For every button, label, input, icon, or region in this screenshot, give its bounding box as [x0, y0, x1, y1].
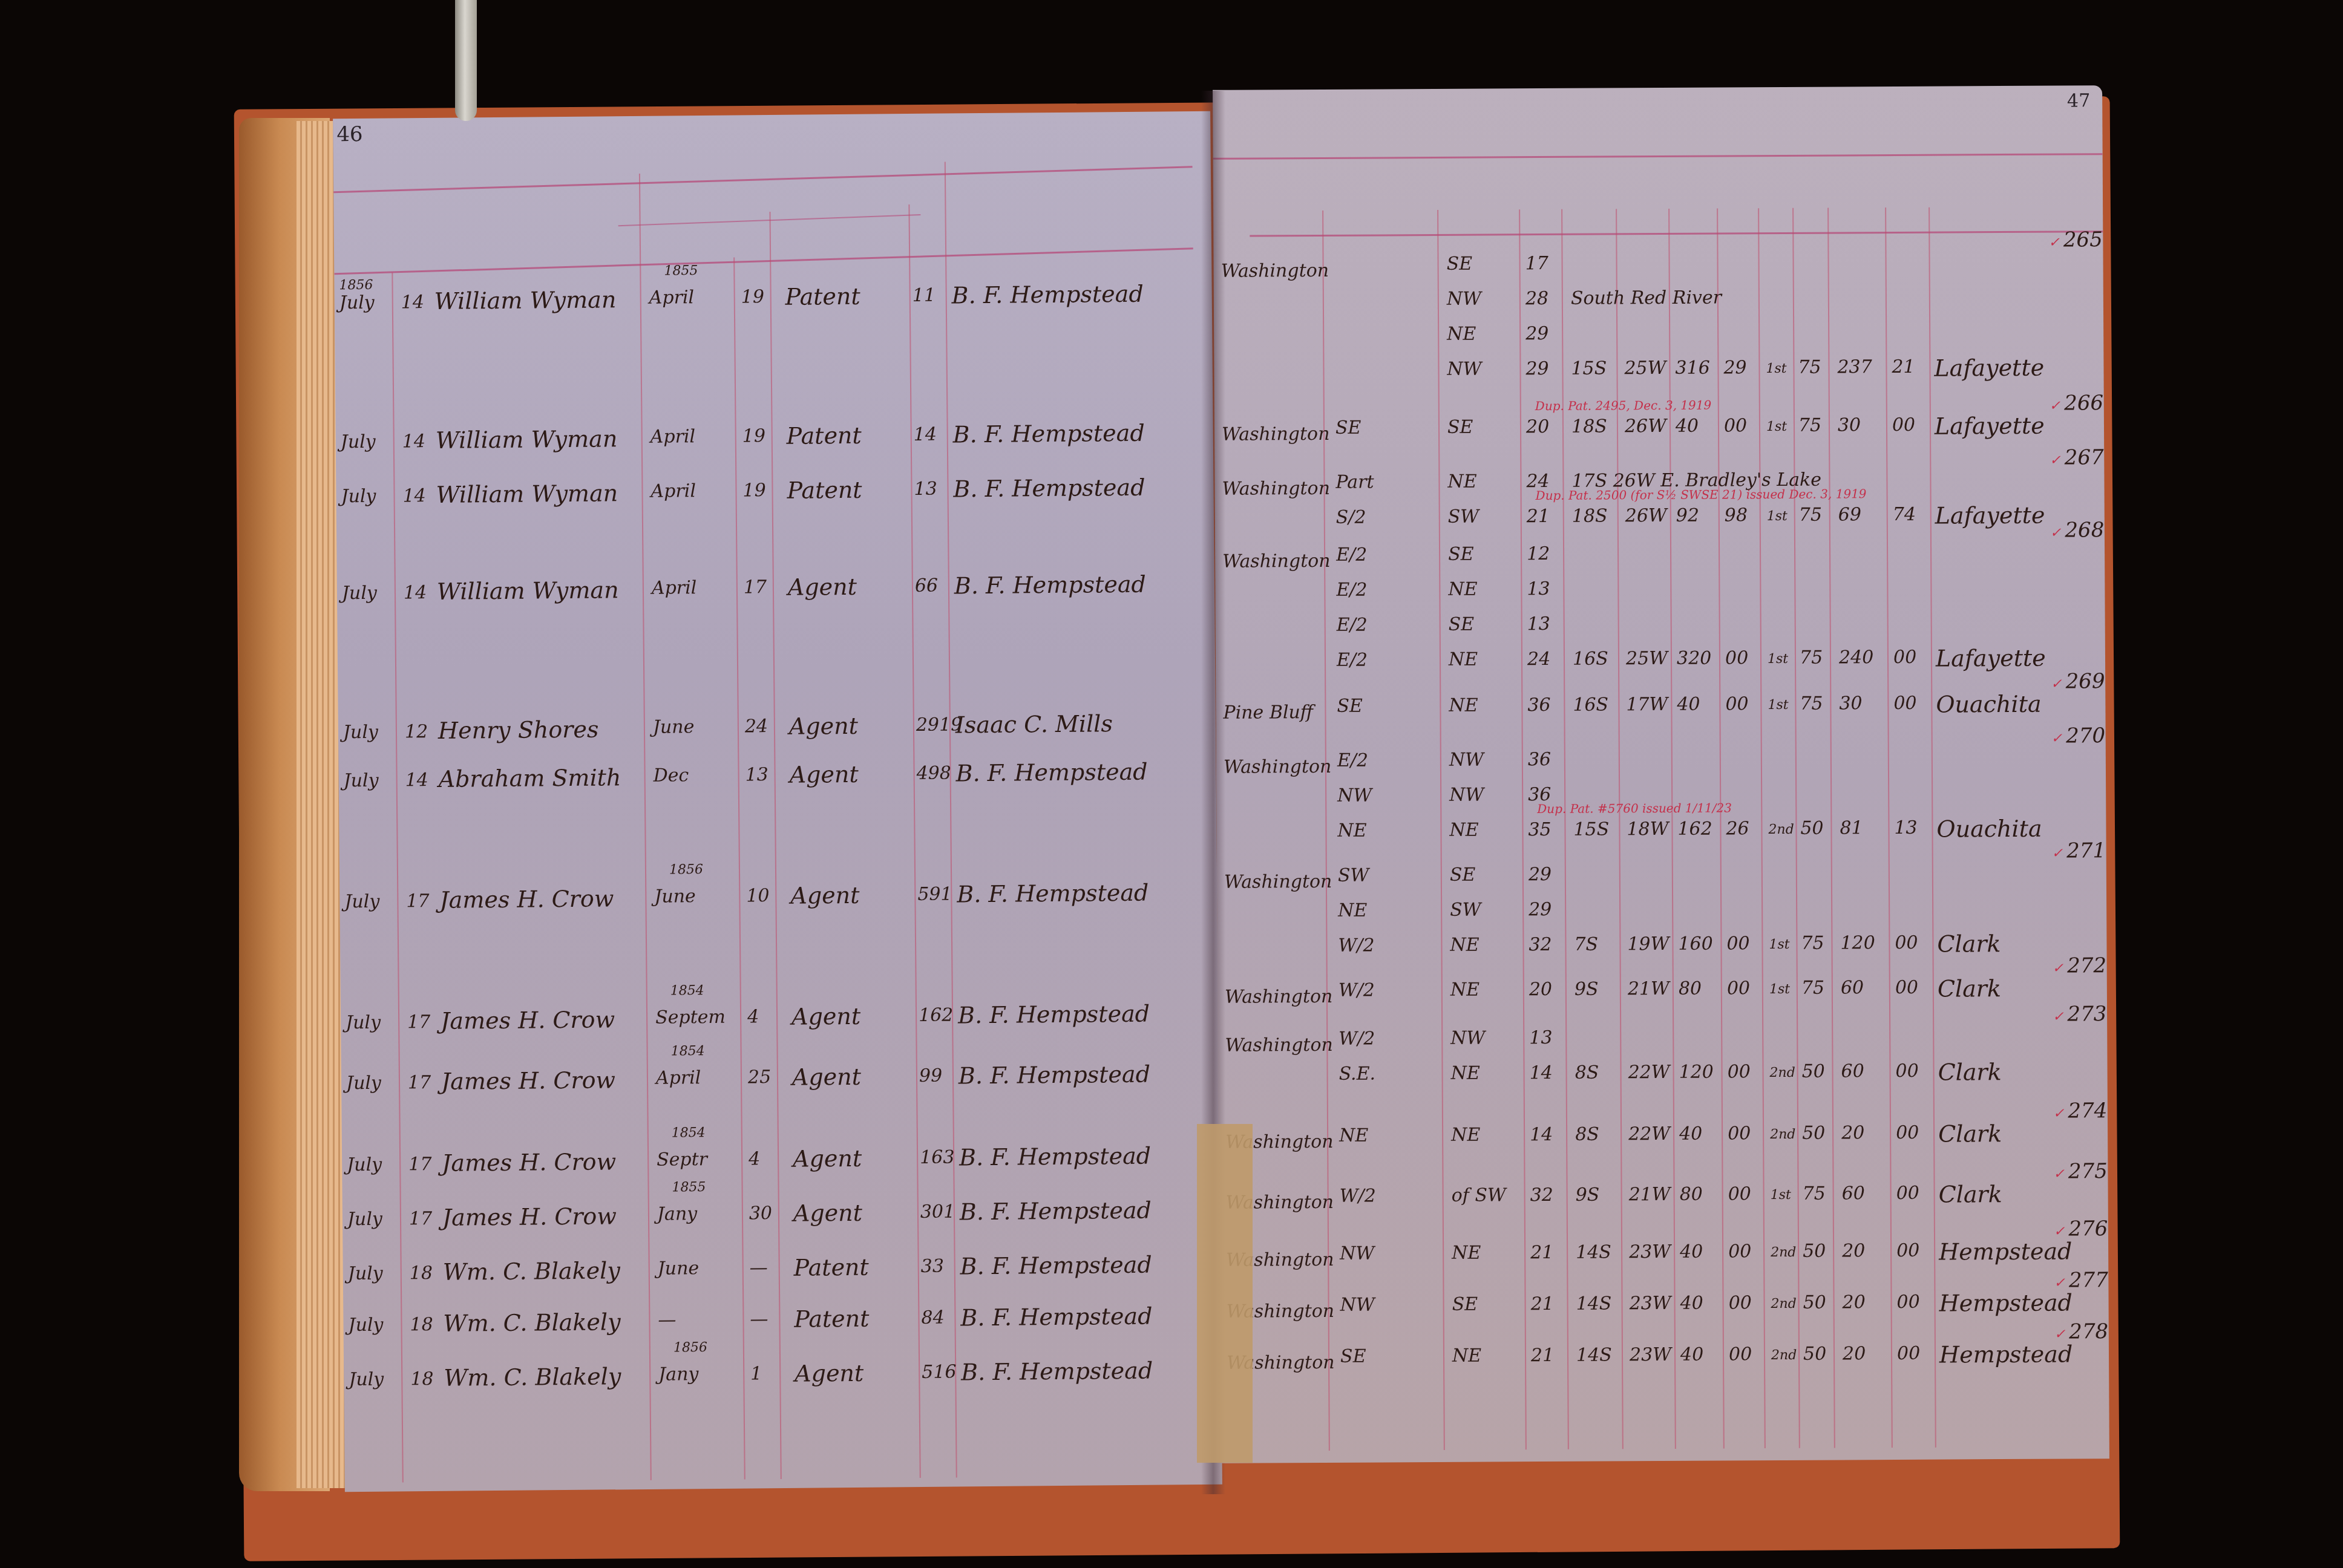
ledger-row-detail: Washington✓276NWNE2114S23W40002nd502000H…	[1219, 1241, 2108, 1282]
acres-fraction: 29	[1723, 359, 1746, 377]
quarter: SE	[1447, 255, 1473, 273]
land-office: Washington	[1225, 988, 1333, 1007]
subdivision-part: NW	[1340, 1244, 1374, 1263]
township: 14S	[1576, 1243, 1611, 1261]
acres-fraction: 00	[1728, 1185, 1751, 1203]
index-number-value: 276	[2068, 1217, 2108, 1241]
certificate-number: 516	[922, 1363, 957, 1381]
subdivision-part: S.E.	[1339, 1065, 1376, 1083]
ledger-row-detail: Washington✓266Dup. Pat. 2495, Dec. 3, 19…	[1214, 415, 2104, 456]
rate-cents: 75	[1799, 506, 1822, 524]
entry-month: July	[348, 1316, 383, 1335]
section: 28	[1525, 290, 1548, 308]
amount-cents: 00	[1892, 416, 1915, 434]
range: 26W	[1625, 417, 1666, 436]
range: 19W	[1627, 935, 1669, 953]
agent-name: B. F. Hempstead	[954, 573, 1146, 598]
township: 16S	[1573, 650, 1608, 668]
acres-fraction: 00	[1728, 1063, 1751, 1081]
agent-name: B. F. Hempstead	[960, 1253, 1152, 1278]
original-entry-month: Septr	[657, 1151, 707, 1169]
quarter: NE	[1449, 651, 1478, 669]
acres-fraction: 00	[1728, 1125, 1751, 1143]
certificate-number: 162	[919, 1006, 954, 1024]
section: 35	[1528, 821, 1551, 839]
acres-fraction: 00	[1729, 1294, 1752, 1312]
land-office: Washington	[1224, 758, 1332, 777]
left-page-number: 46	[336, 122, 363, 146]
original-entry-month: April	[649, 289, 695, 307]
amount-cents: 00	[1897, 1345, 1920, 1363]
check-mark-icon: ✓	[2054, 1276, 2065, 1291]
quarter: NE	[1447, 473, 1476, 491]
amount-cents: 00	[1896, 1184, 1919, 1203]
quarter: SE	[1449, 616, 1475, 634]
acres-fraction: 00	[1724, 417, 1747, 435]
range: 22W	[1628, 1063, 1670, 1082]
entry-month: July	[344, 893, 379, 912]
rate-cents: 75	[1801, 935, 1824, 953]
quarter: NE	[1450, 936, 1479, 955]
quarter: SE	[1452, 1296, 1478, 1314]
entrant-name: Abraham Smith	[438, 766, 621, 791]
entry-day: 18	[410, 1316, 433, 1334]
original-entry-day: 13	[745, 766, 768, 784]
subdivision-part: SE	[1337, 697, 1363, 716]
original-entry-day: 19	[742, 427, 765, 445]
certificate-type: Patent	[794, 1256, 869, 1279]
paper-repair-strip	[1197, 1124, 1253, 1463]
index-number: ✓271	[2052, 838, 2106, 863]
subdivision-part: W/2	[1340, 1187, 1376, 1205]
quarter: SE	[1447, 419, 1473, 437]
section: 24	[1527, 650, 1550, 668]
quarter: NE	[1452, 1347, 1481, 1365]
entry-month: July	[347, 1156, 382, 1175]
quarter: NW	[1449, 786, 1484, 805]
county: Clark	[1939, 1183, 2002, 1206]
certificate-type: Agent	[789, 763, 858, 786]
entry-month: July	[346, 1074, 381, 1093]
township: 18S	[1572, 507, 1608, 525]
entrant-name: Wm. C. Blakely	[444, 1365, 621, 1390]
index-number: ✓268	[2050, 518, 2105, 542]
quarter: NE	[1451, 1065, 1480, 1083]
amount-dollars: 20	[1842, 1293, 1865, 1312]
entrant-name: William Wyman	[434, 288, 617, 313]
amount-cents: 00	[1896, 1293, 1919, 1312]
certificate-number: 11	[913, 287, 936, 305]
amount-cents: 00	[1893, 648, 1916, 667]
acres: 160	[1678, 935, 1712, 953]
ledger-row: July14William WymanApril19Patent13B. F. …	[336, 474, 1213, 518]
range: 21W	[1629, 1186, 1671, 1204]
section: 29	[1529, 901, 1552, 919]
original-entry-day: 24	[745, 717, 768, 736]
land-office: Washington	[1221, 262, 1329, 281]
acres: 40	[1680, 1243, 1703, 1261]
acres-fraction: 00	[1727, 979, 1750, 998]
header-rule-bottom	[334, 247, 1193, 275]
entry-month: July	[348, 1265, 383, 1284]
original-entry-day: 4	[747, 1008, 759, 1026]
rate-cents: 50	[1803, 1345, 1826, 1364]
subdivision-part: S/2	[1336, 509, 1366, 527]
quarter: SE	[1450, 866, 1476, 884]
rate-cents: 75	[1800, 695, 1823, 713]
acres: 320	[1677, 650, 1711, 668]
entrant-name: James H. Crow	[441, 1008, 615, 1033]
ledger-row: July17James H. Crow1856June10Agent591B. …	[339, 880, 1217, 924]
entry-year: 1855	[672, 1181, 706, 1194]
index-number: ✓270	[2051, 724, 2106, 748]
section: 36	[1528, 751, 1551, 769]
section: 21	[1530, 1244, 1553, 1262]
amount-cents: 00	[1896, 1124, 1919, 1142]
county: Clark	[1938, 977, 2001, 1001]
original-entry-month: June	[653, 718, 695, 737]
check-mark-icon: ✓	[2054, 1224, 2065, 1240]
section: 36	[1527, 696, 1550, 714]
township: 15S	[1571, 359, 1607, 377]
certificate-type: Agent	[793, 1201, 862, 1225]
section: 24	[1526, 472, 1549, 491]
header-rule-top	[1213, 153, 2103, 160]
section: 32	[1530, 1186, 1553, 1204]
entry-month: July	[349, 1371, 384, 1390]
ledger-row: July17James H. Crow1854Septr4Agent163B. …	[342, 1143, 1219, 1187]
range: 23W	[1629, 1243, 1671, 1261]
original-entry-month: June	[658, 1259, 700, 1278]
ledger-row-detail: Washington✓265SE17NW28South Red RiverNE2…	[1214, 252, 2103, 293]
entry-day: 18	[410, 1264, 433, 1282]
entrant-name: James H. Crow	[441, 1068, 615, 1093]
county: Hempstead	[1939, 1291, 2072, 1315]
quarter: NW	[1449, 751, 1484, 769]
township: 8S	[1575, 1126, 1599, 1144]
entrant-name: Wm. C. Blakely	[443, 1259, 620, 1284]
subdivision-part: W/2	[1339, 1030, 1375, 1048]
location-note: South Red River	[1571, 289, 1722, 307]
index-number-value: 269	[2066, 669, 2105, 693]
quarter: of SW	[1452, 1186, 1506, 1204]
amount-dollars: 81	[1840, 819, 1863, 837]
amount-dollars: 30	[1838, 416, 1861, 434]
range: 17W	[1626, 696, 1668, 714]
check-mark-icon: ✓	[2050, 453, 2061, 468]
section: 29	[1525, 360, 1548, 378]
check-mark-icon: ✓	[2053, 1010, 2064, 1025]
ledger-row: July14William Wyman1855April19Patent11B.…	[335, 281, 1212, 325]
original-entry-day: —	[750, 1310, 768, 1328]
rate-class: 2nd	[1771, 1349, 1797, 1362]
entrant-name: Wm. C. Blakely	[443, 1310, 620, 1335]
entry-day: 17	[407, 1013, 430, 1031]
entry-day: 17	[409, 1210, 432, 1228]
acres-fraction: 26	[1726, 820, 1749, 838]
section: 14	[1530, 1064, 1553, 1082]
subdivision-part: W/2	[1339, 981, 1375, 999]
index-number: ✓275	[2053, 1159, 2108, 1183]
land-office: Washington	[1225, 1036, 1333, 1055]
certificate-number: 13	[914, 480, 937, 498]
check-mark-icon: ✓	[2050, 399, 2061, 414]
entry-month: July	[344, 772, 379, 791]
original-entry-month: Jany	[658, 1365, 698, 1384]
quarter: SW	[1450, 901, 1481, 920]
certificate-type: Patent	[787, 424, 862, 448]
amount-dollars: 120	[1840, 934, 1875, 952]
quarter: SW	[1448, 508, 1480, 526]
red-annotation: Dup. Pat. #5760 issued 1/11/23	[1537, 802, 1732, 815]
original-entry-month: Septem	[655, 1008, 726, 1027]
acres-fraction: 00	[1728, 1243, 1751, 1261]
entry-day: 17	[408, 1155, 431, 1174]
amount-cents: 21	[1892, 358, 1915, 376]
range: 26W	[1625, 507, 1667, 525]
ledger-row: July18Wm. C. BlakelyJune—Patent33B. F. H…	[343, 1252, 1221, 1296]
index-number-value: 270	[2066, 724, 2105, 748]
entry-year: 1854	[671, 1045, 705, 1058]
acres: 162	[1677, 820, 1712, 838]
ledger-row-detail: Washington✓270Dup. Pat. #5760 issued 1/1…	[1216, 748, 2106, 789]
ledger-row-detail: Pine Bluff✓269SENE3616S17W40001st753000O…	[1216, 693, 2105, 734]
entry-month: July	[339, 294, 375, 313]
rate-class: 1st	[1771, 1189, 1791, 1202]
township: 18S	[1571, 417, 1607, 436]
right-page: 47 Washington✓265SE17NW28South Red River…	[1213, 85, 2109, 1463]
ledger-row: July14William WymanApril19Patent14B. F. …	[336, 420, 1213, 464]
ledger-row: July14Abraham SmithDec13Agent498B. F. He…	[338, 759, 1216, 803]
original-entry-day: —	[750, 1259, 768, 1277]
agent-name: B. F. Hempstead	[958, 1063, 1150, 1088]
index-number: ✓269	[2051, 669, 2105, 693]
subdivision-part: W/2	[1338, 936, 1374, 955]
land-office: Washington	[1224, 873, 1332, 892]
ledger-row: July17James H. Crow1854April25Agent99B. …	[341, 1061, 1219, 1105]
rate-class: 1st	[1766, 362, 1786, 376]
acres-fraction: 00	[1726, 935, 1749, 953]
certificate-number: 163	[920, 1148, 955, 1166]
entrant-name: Henry Shores	[438, 718, 599, 742]
ledger-row-detail: Washington✓273W/2NW13S.E.NE148S22W120002…	[1217, 1026, 2107, 1067]
entrant-name: James H. Crow	[439, 887, 614, 912]
certificate-number: 591	[917, 885, 952, 903]
rate-class: 2nd	[1770, 1128, 1795, 1142]
original-entry-day: 10	[746, 887, 769, 905]
ledger-row-detail: Washington✓271SWSE29NESW29W/2NE327S19W16…	[1217, 863, 2106, 904]
agent-name: B. F. Hempstead	[958, 1002, 1150, 1027]
entry-month: July	[346, 1014, 381, 1033]
original-entry-month: April	[656, 1069, 701, 1088]
section: 20	[1526, 418, 1549, 436]
rate-class: 1st	[1768, 653, 1788, 666]
rate-cents: 50	[1801, 1063, 1824, 1081]
range: 21W	[1628, 980, 1670, 998]
land-office: Washington	[1222, 480, 1330, 498]
acres-fraction: 00	[1725, 695, 1748, 713]
rate-class: 1st	[1766, 420, 1787, 434]
amount-cents: 00	[1895, 979, 1918, 997]
original-entry-day: 25	[748, 1068, 771, 1086]
ledger-row: July17James H. Crow1855Jany30Agent301B. …	[342, 1197, 1220, 1241]
amount-dollars: 237	[1837, 358, 1872, 376]
county: Lafayette	[1936, 647, 2046, 670]
certificate-type: Patent	[794, 1307, 869, 1331]
subdivision-part: SE	[1335, 419, 1362, 437]
range: 25W	[1626, 650, 1668, 668]
check-mark-icon: ✓	[2053, 1167, 2065, 1182]
section: 29	[1525, 325, 1548, 343]
amount-dollars: 20	[1843, 1345, 1866, 1363]
entry-day: 14	[404, 584, 427, 602]
entry-year: 1855	[664, 264, 698, 278]
subdivision-part: E/2	[1337, 652, 1368, 670]
original-entry-month: April	[650, 428, 696, 446]
entrant-name: James H. Crow	[442, 1150, 616, 1175]
certificate-number: 498	[916, 764, 951, 782]
amount-dollars: 240	[1839, 648, 1873, 667]
quarter: NE	[1449, 697, 1478, 715]
certificate-number: 99	[919, 1067, 942, 1085]
township: 7S	[1574, 936, 1598, 954]
agent-name: B. F. Hempstead	[953, 422, 1145, 446]
original-entry-day: 4	[749, 1150, 760, 1168]
index-number-value: 273	[2067, 1002, 2106, 1026]
acres: 92	[1676, 507, 1699, 525]
subdivision-part: NE	[1338, 902, 1367, 920]
entry-month: July	[342, 584, 377, 603]
subdivision-part: Part	[1335, 473, 1374, 491]
ledger-row-detail: Washington✓277NWSE2114S23W40002nd502000H…	[1219, 1292, 2109, 1333]
township: 14S	[1576, 1346, 1612, 1364]
certificate-number: 301	[920, 1203, 955, 1221]
county: Ouachita	[1936, 817, 2042, 841]
entrant-name: William Wyman	[437, 578, 619, 603]
agent-name: Isaac C. Mills	[955, 712, 1113, 736]
rate-class: 2nd	[1770, 1067, 1795, 1080]
ledger-row-detail: Washington✓278SENE2114S23W40002nd502000H…	[1219, 1344, 2109, 1385]
ledger-row-detail: Washington✓275W/2of SW329S21W80001st7560…	[1219, 1183, 2108, 1224]
section: 21	[1527, 508, 1550, 526]
subdivision-part: NW	[1337, 787, 1372, 805]
certificate-number: 84	[921, 1309, 944, 1327]
check-mark-icon: ✓	[2051, 731, 2063, 746]
ledger-row-detail: Washington✓267Dup. Pat. 2500 (for S½ SWS…	[1214, 469, 2104, 511]
header-rule-top	[333, 166, 1192, 193]
check-mark-icon: ✓	[2053, 1106, 2065, 1122]
check-mark-icon: ✓	[2053, 961, 2064, 976]
amount-dollars: 30	[1839, 694, 1862, 713]
rate-cents: 50	[1802, 1125, 1825, 1143]
certificate-type: Agent	[793, 1147, 862, 1171]
original-entry-day: 30	[749, 1204, 772, 1223]
original-entry-month: Dec	[653, 766, 689, 785]
county: Clark	[1938, 1060, 2001, 1084]
land-office: Washington	[1222, 552, 1331, 571]
rate-class: 2nd	[1771, 1298, 1797, 1311]
red-annotation: Dup. Pat. 2495, Dec. 3, 1919	[1535, 399, 1712, 413]
ledger-row: July14William WymanApril17Agent66B. F. H…	[337, 571, 1214, 615]
entry-day: 18	[410, 1370, 433, 1388]
section: 21	[1531, 1347, 1554, 1365]
quarter: NE	[1447, 325, 1476, 344]
rate-cents: 75	[1798, 417, 1821, 435]
county: Lafayette	[1934, 356, 2044, 380]
index-number-value: 272	[2067, 953, 2106, 978]
entry-month: July	[347, 1210, 382, 1229]
subdivision-part: E/2	[1336, 546, 1367, 564]
section: 13	[1527, 580, 1550, 598]
subdivision-part: NE	[1339, 1127, 1368, 1145]
original-entry-month: June	[654, 887, 696, 906]
quarter: NW	[1447, 361, 1481, 379]
original-entry-month: April	[650, 482, 696, 501]
section: 17	[1525, 255, 1548, 273]
subdivision-part: NW	[1340, 1296, 1375, 1314]
acres: 40	[1679, 1125, 1702, 1143]
index-number: ✓274	[2053, 1099, 2108, 1123]
agent-name: B. F. Hempstead	[961, 1359, 1153, 1384]
ledger-row: July18Wm. C. Blakely1856Jany1Agent516B. …	[344, 1357, 1221, 1402]
index-number-value: 274	[2068, 1099, 2107, 1123]
index-number: ✓265	[2048, 227, 2103, 252]
subdivision-part: E/2	[1337, 616, 1368, 635]
acres: 120	[1679, 1063, 1714, 1082]
acres: 40	[1680, 1295, 1703, 1313]
entry-day: 14	[401, 293, 424, 312]
county: Ouachita	[1936, 693, 2041, 716]
original-entry-month: April	[652, 579, 697, 598]
entry-day: 17	[406, 892, 429, 910]
township: 16S	[1573, 696, 1608, 714]
certificate-type: Patent	[787, 479, 862, 502]
certificate-number: 14	[914, 426, 937, 444]
certificate-type: Agent	[789, 714, 858, 738]
subdivision-part: SE	[1340, 1348, 1366, 1366]
rate-class: 2nd	[1771, 1246, 1796, 1259]
certificate-type: Agent	[791, 1005, 860, 1028]
entry-month: July	[341, 433, 376, 452]
index-number: ✓278	[2054, 1319, 2109, 1344]
range: 25W	[1624, 359, 1666, 377]
township: 15S	[1573, 820, 1609, 838]
header-rule-bottom	[1250, 230, 2103, 237]
range: 22W	[1628, 1125, 1670, 1143]
section: 13	[1527, 615, 1550, 633]
certificate-number: 66	[915, 577, 938, 595]
index-number-value: 278	[2069, 1319, 2108, 1344]
quarter: NE	[1448, 581, 1477, 599]
rate-cents: 50	[1800, 820, 1823, 838]
amount-dollars: 60	[1841, 1062, 1864, 1080]
rate-class: 1st	[1767, 510, 1788, 523]
section: 29	[1529, 866, 1552, 884]
amount-dollars: 20	[1842, 1242, 1865, 1260]
entry-year: 1854	[672, 1126, 706, 1140]
acres-fraction: 00	[1725, 649, 1748, 667]
county: Lafayette	[1935, 414, 2045, 438]
agent-name: B. F. Hempstead	[960, 1305, 1152, 1330]
section: 21	[1531, 1295, 1554, 1313]
entrant-name: William Wyman	[436, 482, 618, 506]
subdivision-part: NE	[1337, 822, 1366, 840]
ledger-row: July12Henry ShoresJune24Agent2919Isaac C…	[338, 710, 1216, 754]
land-office: Washington	[1222, 425, 1330, 444]
amount-dollars: 60	[1841, 979, 1864, 997]
subdivision-part: SW	[1338, 867, 1369, 885]
rate-class: 2nd	[1768, 823, 1794, 837]
